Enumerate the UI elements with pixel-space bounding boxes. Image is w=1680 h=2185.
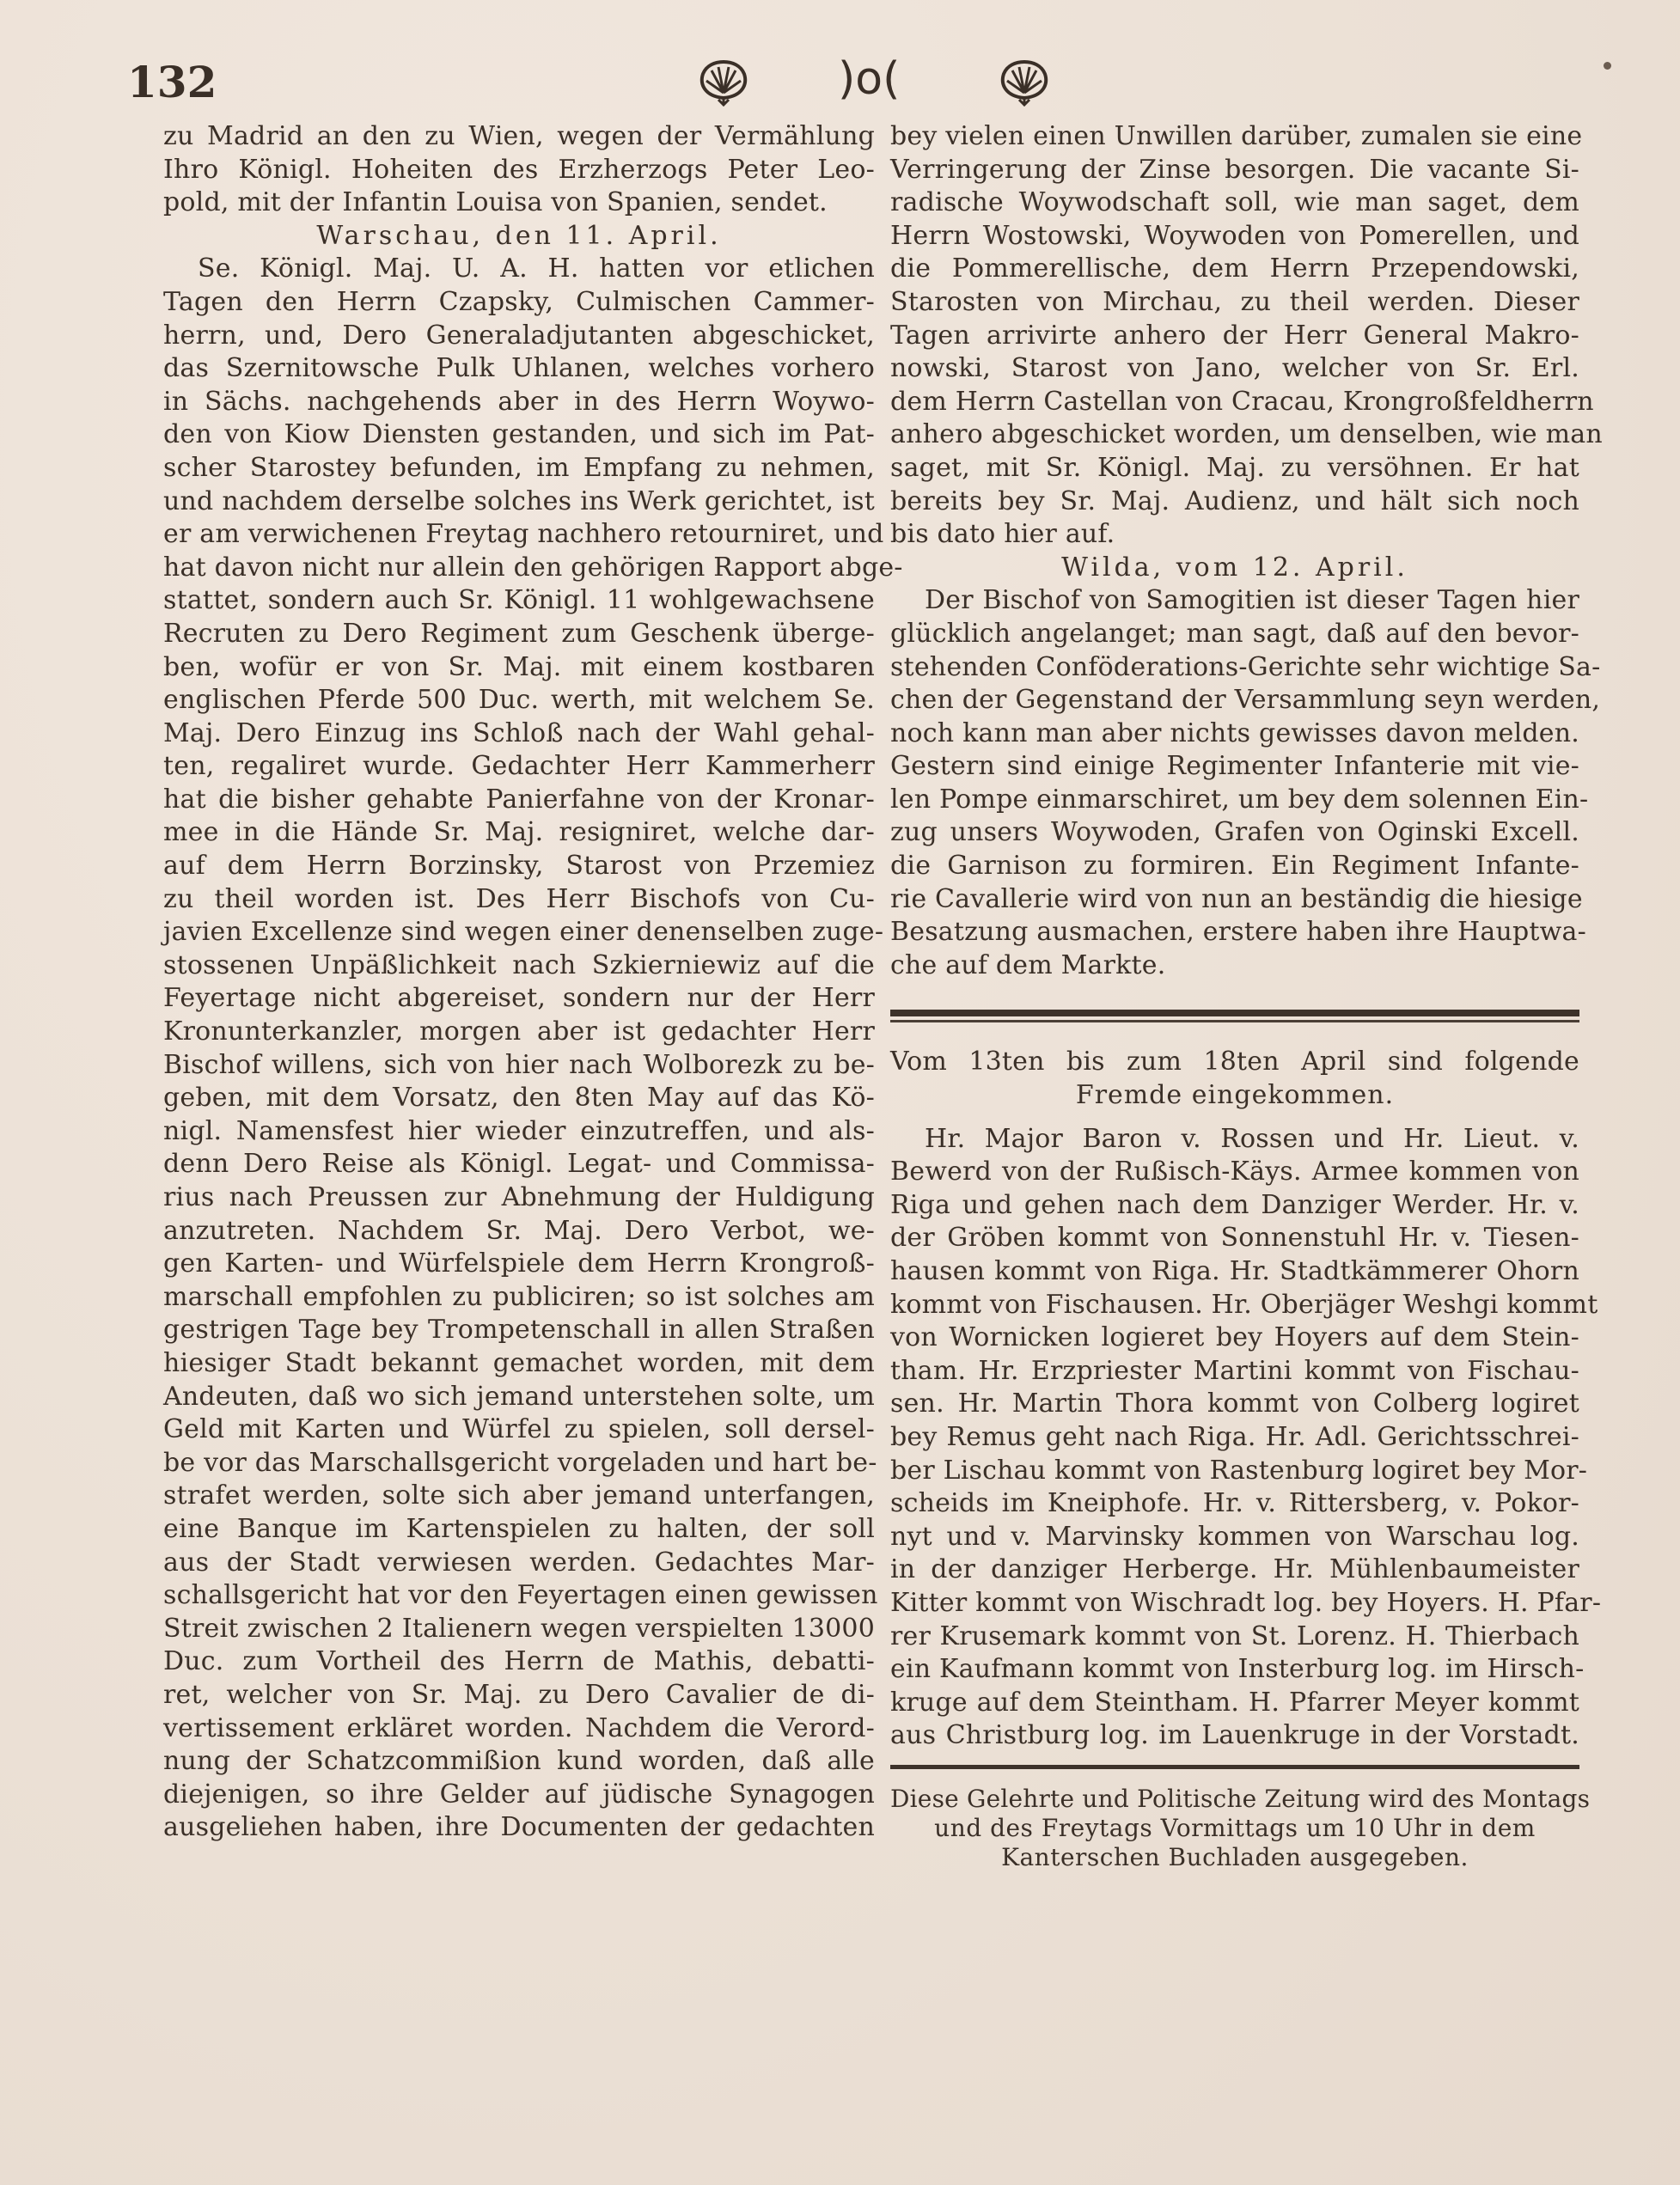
section-divider (890, 1010, 1579, 1025)
text-line: stossenen Unpäßlichkeit nach Szkierniewi… (163, 949, 875, 983)
text-line: Riga und gehen nach dem Danziger Werder.… (890, 1189, 1579, 1223)
text-line: strafet werden, solte sich aber jemand u… (163, 1480, 875, 1513)
text-line: und nachdem derselbe solches ins Werk ge… (163, 485, 875, 519)
article-warschau: Se. Königl. Maj. U. A. H. hatten vor etl… (163, 253, 875, 1845)
text-line: chen der Gegenstand der Versammlung seyn… (890, 684, 1579, 717)
text-line: geben, mit dem Vorsatz, den 8ten May auf… (163, 1082, 875, 1115)
text-line: dem Herrn Castellan von Cracau, Krongroß… (890, 386, 1579, 419)
text-line: bis dato hier auf. (890, 518, 1579, 552)
text-line: der Gröben kommt von Sonnenstuhl Hr. v. … (890, 1222, 1579, 1255)
text-line: zu theil worden ist. Des Herr Bischofs v… (163, 883, 875, 917)
text-line: Der Bischof von Samogitien ist dieser Ta… (890, 584, 1579, 618)
text-line: rer Krusemark kommt von St. Lorenz. H. T… (890, 1620, 1579, 1654)
text-line: Starosten von Mirchau, zu theil werden. … (890, 286, 1579, 320)
text-line: in Sächs. nachgehends aber in des Herrn … (163, 386, 875, 419)
text-line: hat davon nicht nur allein den gehörigen… (163, 552, 875, 585)
text-line: aus Christburg log. im Lauenkruge in der… (890, 1719, 1579, 1753)
text-line: hat die bisher gehabte Panierfahne von d… (163, 784, 875, 817)
continued-text: zu Madrid an den zu Wien, wegen der Verm… (163, 120, 875, 220)
text-line: anhero abgeschicket worden, um denselben… (890, 418, 1579, 452)
text-line: zu Madrid an den zu Wien, wegen der Verm… (163, 120, 875, 154)
text-line: anzutreten. Nachdem Sr. Maj. Dero Verbot… (163, 1215, 875, 1248)
text-line: kruge auf dem Steintham. H. Pfarrer Meye… (890, 1687, 1579, 1720)
text-line: nung der Schatzcommißion kund worden, da… (163, 1745, 875, 1779)
text-line: Besatzung ausmachen, erstere haben ihre … (890, 916, 1579, 949)
text-line: bey vielen einen Unwillen darüber, zumal… (890, 120, 1579, 154)
text-line: ben, wofür er von Sr. Maj. mit einem kos… (163, 651, 875, 685)
text-line: rie Cavallerie wird von nun an beständig… (890, 883, 1579, 917)
text-line: Verringerung der Zinse besorgen. Die vac… (890, 154, 1579, 187)
text-line: zug unsers Woywoden, Grafen von Oginski … (890, 816, 1579, 850)
heading-line: Vom 13ten bis zum 18ten April sind folge… (890, 1046, 1579, 1079)
text-line: Herrn Wostowski, Woywoden von Pomerellen… (890, 220, 1579, 253)
text-line: bey Remus geht nach Riga. Hr. Adl. Geric… (890, 1421, 1579, 1455)
text-line: Se. Königl. Maj. U. A. H. hatten vor etl… (163, 253, 875, 286)
text-line: radische Woywodschaft soll, wie man sage… (890, 186, 1579, 220)
shell-ornament-icon (696, 58, 751, 107)
text-line: Bewerd von der Rußisch-Käys. Armee komme… (890, 1156, 1579, 1189)
page-header: 132 )o( (0, 52, 1680, 112)
text-line: herrn, und, Dero Generaladjutanten abges… (163, 320, 875, 353)
text-line: ber Lischau kommt von Rastenburg logiret… (890, 1455, 1579, 1488)
text-line: schallsgericht hat vor den Feyertagen ei… (163, 1579, 875, 1613)
text-line: Ihro Königl. Hoheiten des Erzherzogs Pet… (163, 154, 875, 187)
text-line: Tagen arrivirte anhero der Herr General … (890, 320, 1579, 353)
text-line: stehenden Conföderations-Gerichte sehr w… (890, 651, 1579, 685)
text-line: die Garnison zu formiren. Ein Regiment I… (890, 850, 1579, 883)
text-line: hiesiger Stadt bekannt gemachet worden, … (163, 1347, 875, 1381)
left-column: zu Madrid an den zu Wien, wegen der Verm… (163, 120, 875, 1845)
text-line: be vor das Marschallsgericht vorgeladen … (163, 1447, 875, 1480)
page-number: 132 (127, 57, 217, 107)
dateline-warschau: Warschau, den 11. April. (163, 220, 875, 253)
newspaper-page: 132 )o( zu Madrid an den zu Wien, wegen … (0, 0, 1680, 2185)
center-ornament: )o( (838, 53, 900, 105)
shell-ornament-icon (997, 58, 1052, 107)
dateline-wilda: Wilda, vom 12. April. (890, 552, 1579, 585)
text-line: ret, welcher von Sr. Maj. zu Dero Cavali… (163, 1679, 875, 1712)
text-line: len Pompe einmarschiret, um bey dem sole… (890, 784, 1579, 817)
text-line: nyt und v. Marvinsky kommen von Warschau… (890, 1521, 1579, 1554)
text-line: scher Starostey befunden, im Empfang zu … (163, 452, 875, 485)
text-line: stattet, sondern auch Sr. Königl. 11 woh… (163, 584, 875, 618)
text-line: aus der Stadt verwiesen werden. Gedachte… (163, 1547, 875, 1580)
footer-divider (890, 1765, 1579, 1769)
publication-note: Diese Gelehrte und Politische Zeitung wi… (890, 1785, 1579, 1872)
text-line: Kronunterkanzler, morgen aber ist gedach… (163, 1016, 875, 1049)
text-line: ein Kaufmann kommt von Insterburg log. i… (890, 1653, 1579, 1687)
text-line: Streit zwischen 2 Italienern wegen versp… (163, 1613, 875, 1646)
text-line: englischen Pferde 500 Duc. werth, mit we… (163, 684, 875, 717)
continued-text: bey vielen einen Unwillen darüber, zumal… (890, 120, 1579, 552)
text-line: denn Dero Reise als Königl. Legat- und C… (163, 1148, 875, 1181)
text-line: Kanterschen Buchladen ausgegeben. (890, 1843, 1579, 1872)
text-line: rius nach Preussen zur Abnehmung der Hul… (163, 1181, 875, 1215)
article-wilda: Der Bischof von Samogitien ist dieser Ta… (890, 584, 1579, 982)
text-line: Andeuten, daß wo sich jemand unterstehen… (163, 1381, 875, 1414)
text-line: in der danziger Herberge. Hr. Mühlenbaum… (890, 1553, 1579, 1587)
text-line: vertissement erkläret worden. Nachdem di… (163, 1712, 875, 1746)
text-line: er am verwichenen Freytag nachhero retou… (163, 518, 875, 552)
text-line: bereits bey Sr. Maj. Audienz, und hält s… (890, 485, 1579, 519)
text-line: Tagen den Herrn Czapsky, Culmischen Camm… (163, 286, 875, 320)
heading-line: Fremde eingekommen. (890, 1079, 1579, 1113)
text-line: marschall empfohlen zu publiciren; so is… (163, 1281, 875, 1315)
text-line: gen Karten- und Würfelspiele dem Herrn K… (163, 1248, 875, 1281)
arrivals-heading: Vom 13ten bis zum 18ten April sind folge… (890, 1046, 1579, 1112)
text-line: che auf dem Markte. (890, 949, 1579, 983)
text-line: hausen kommt von Riga. Hr. Stadtkämmerer… (890, 1255, 1579, 1289)
text-line: und des Freytags Vormittags um 10 Uhr in… (890, 1814, 1579, 1843)
text-line: tham. Hr. Erzpriester Martini kommt von … (890, 1355, 1579, 1389)
text-line: auf dem Herrn Borzinsky, Starost von Prz… (163, 850, 875, 883)
text-line: das Szernitowsche Pulk Uhlanen, welches … (163, 352, 875, 386)
text-line: diejenigen, so ihre Gelder auf jüdische … (163, 1779, 875, 1812)
arrivals-list: Hr. Major Baron v. Rossen und Hr. Lieut.… (890, 1123, 1579, 1753)
text-line: Diese Gelehrte und Politische Zeitung wi… (890, 1785, 1579, 1814)
text-line: sen. Hr. Martin Thora kommt von Colberg … (890, 1388, 1579, 1421)
text-line: mee in die Hände Sr. Maj. resigniret, we… (163, 816, 875, 850)
text-line: Gestern sind einige Regimenter Infanteri… (890, 750, 1579, 784)
text-line: kommt von Fischausen. Hr. Oberjäger Wesh… (890, 1289, 1579, 1322)
text-line: gestrigen Tage bey Trompetenschall in al… (163, 1314, 875, 1347)
ink-spot (1604, 62, 1611, 70)
text-line: pold, mit der Infantin Louisa von Spanie… (163, 186, 875, 220)
text-line: scheids im Kneiphofe. Hr. v. Rittersberg… (890, 1487, 1579, 1521)
text-line: Hr. Major Baron v. Rossen und Hr. Lieut.… (890, 1123, 1579, 1157)
text-line: Geld mit Karten und Würfel zu spielen, s… (163, 1413, 875, 1447)
text-line: Maj. Dero Einzug ins Schloß nach der Wah… (163, 717, 875, 751)
text-line: Bischof willens, sich von hier nach Wolb… (163, 1049, 875, 1083)
text-line: Duc. zum Vortheil des Herrn de Mathis, d… (163, 1645, 875, 1679)
text-line: eine Banque im Kartenspielen zu halten, … (163, 1513, 875, 1547)
text-line: glücklich angelanget; man sagt, daß auf … (890, 618, 1579, 651)
text-line: nowski, Starost von Jano, welcher von Sr… (890, 352, 1579, 386)
text-line: javien Excellenze sind wegen einer denen… (163, 916, 875, 949)
text-line: Kitter kommt von Wischradt log. bey Hoye… (890, 1587, 1579, 1620)
text-line: von Wornicken logieret bey Hoyers auf de… (890, 1321, 1579, 1355)
text-line: den von Kiow Diensten gestanden, und sic… (163, 418, 875, 452)
text-line: noch kann man aber nichts gewisses davon… (890, 717, 1579, 751)
text-line: saget, mit Sr. Königl. Maj. zu versöhnen… (890, 452, 1579, 485)
right-column: bey vielen einen Unwillen darüber, zumal… (890, 120, 1579, 1872)
text-line: nigl. Namensfest hier wieder einzutreffe… (163, 1115, 875, 1149)
text-line: Recruten zu Dero Regiment zum Geschenk ü… (163, 618, 875, 651)
text-line: die Pommerellische, dem Herrn Przependow… (890, 253, 1579, 286)
text-line: ausgeliehen haben, ihre Documenten der g… (163, 1811, 875, 1845)
text-line: Feyertage nicht abgereiset, sondern nur … (163, 982, 875, 1016)
text-line: ten, regaliret wurde. Gedachter Herr Kam… (163, 750, 875, 784)
